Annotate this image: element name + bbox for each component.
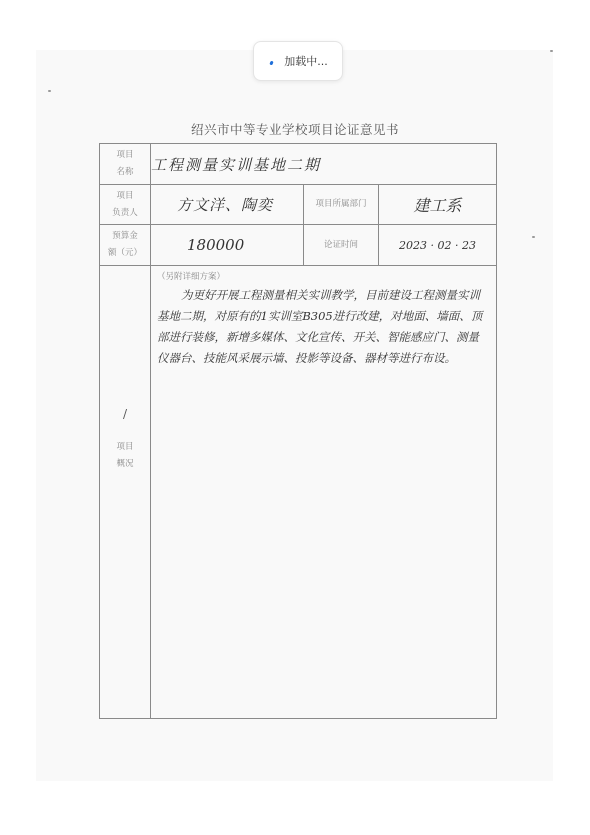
leader-value: 方文洋、陶奕	[151, 185, 304, 225]
label-line: 概况	[100, 456, 150, 473]
label-line: 名称	[100, 164, 150, 181]
row-leader: 项目 负责人 方文洋、陶奕 项目所属部门 建工系	[100, 185, 497, 225]
budget-label: 预算金 额（元）	[100, 225, 151, 266]
loading-toast: 加载中...	[253, 41, 343, 81]
label-line: 项目	[100, 147, 150, 164]
loading-text: 加载中...	[284, 53, 328, 69]
overview-slash: /	[100, 406, 150, 423]
date-value: 2023 · 02 · 23	[379, 225, 497, 266]
loading-spinner-icon	[268, 56, 278, 66]
scan-speck	[48, 90, 51, 92]
label-line: 负责人	[100, 205, 150, 222]
row-project-name: 项目 名称 工程测量实训基地二期	[100, 144, 497, 185]
leader-label: 项目 负责人	[100, 185, 151, 225]
row-budget: 预算金 额（元） 180000 论证时间 2023 · 02 · 23	[100, 225, 497, 266]
label-line: 项目	[100, 188, 150, 205]
scan-speck	[532, 236, 535, 238]
overview-content: （另附详细方案） 为更好开展工程测量相关实训教学，目前建设工程测量实训基地二期，…	[151, 266, 497, 719]
overview-text: 为更好开展工程测量相关实训教学，目前建设工程测量实训基地二期，对原有的1实训室B…	[157, 285, 490, 369]
document-title: 绍兴市中等专业学校项目论证意见书	[0, 120, 590, 138]
label-line: 项目	[100, 439, 150, 456]
overview-label: / 项目 概况	[100, 266, 151, 719]
date-label: 论证时间	[304, 225, 379, 266]
row-overview: / 项目 概况 （另附详细方案） 为更好开展工程测量相关实训教学，目前建设工程测…	[100, 266, 497, 719]
overview-note: （另附详细方案）	[157, 270, 490, 282]
proposal-form-table: 项目 名称 工程测量实训基地二期 项目 负责人 方文洋、陶奕 项目所属部门 建工…	[99, 143, 497, 719]
scan-speck	[550, 50, 553, 52]
project-name-label: 项目 名称	[100, 144, 151, 185]
budget-value: 180000	[151, 225, 304, 266]
project-name-value: 工程测量实训基地二期	[151, 144, 497, 185]
label-line: 预算金	[100, 228, 150, 245]
dept-value: 建工系	[379, 185, 497, 225]
dept-label: 项目所属部门	[304, 185, 379, 225]
label-line: 额（元）	[100, 245, 150, 262]
